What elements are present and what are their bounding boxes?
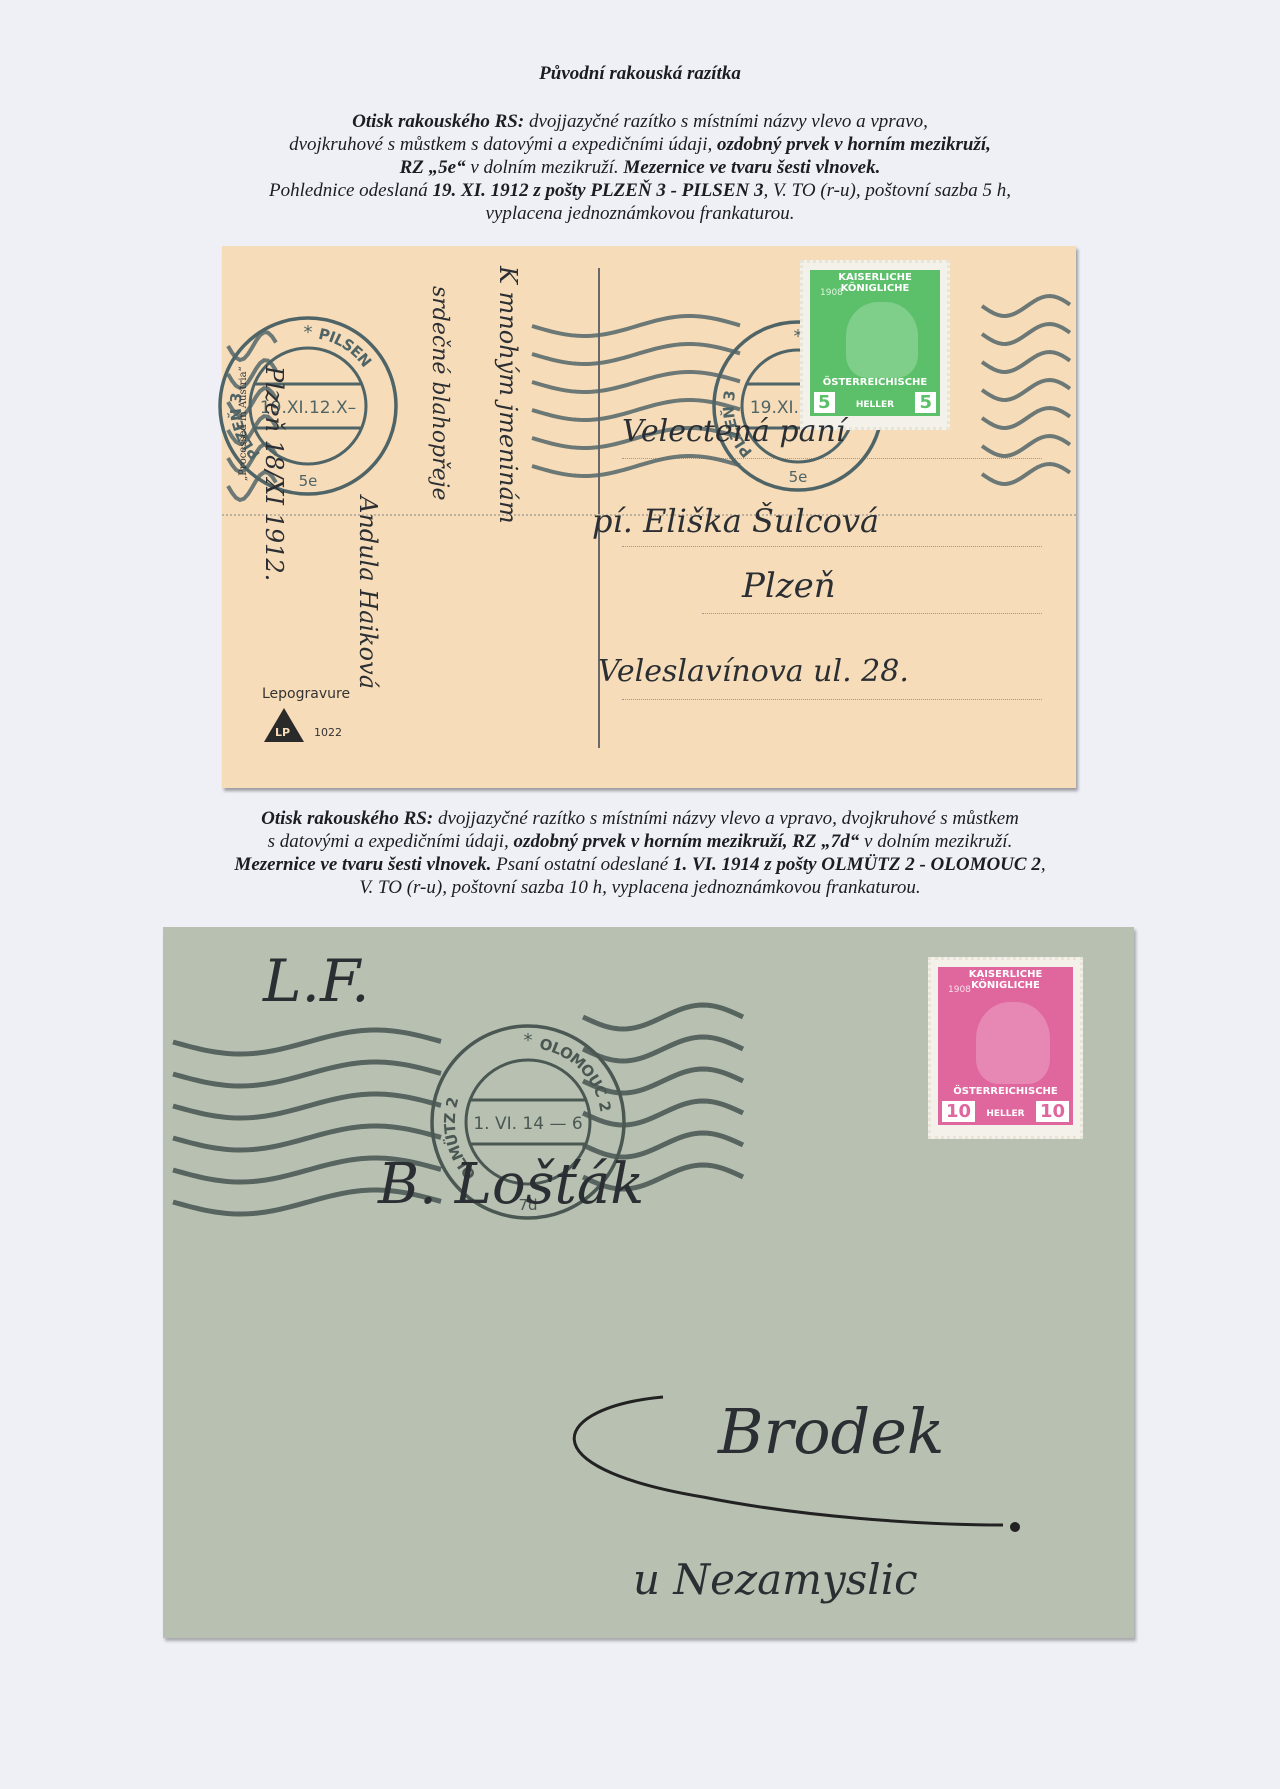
svg-text:5e: 5e [299,472,318,490]
stamp-value-right: 5 [915,392,936,413]
svg-text:*: * [304,322,313,343]
printer-note: „Processed in Austria“ [238,366,249,481]
stamp-5-heller: KAISERLICHE KÖNIGLICHE 1908 ÖSTERREICHIS… [800,260,950,430]
envelope-caption: Otisk rakouského RS: dvojjazyčné razítko… [0,807,1280,899]
address-line: Veleslavínova ul. 28. [598,654,909,689]
caption-line: Mezernice ve tvaru šesti vlnovek. Psaní … [0,853,1280,876]
caption-line: dvojkruhové s můstkem s datovými a exped… [0,133,1280,156]
caption-line: Otisk rakouského RS: dvojjazyčné razítko… [0,807,1280,830]
svg-text:5e: 5e [789,468,808,486]
address-line: Plzeň [742,566,836,606]
stamp-year: 1908 [820,288,843,298]
flourish [163,927,1134,1638]
caption-line: Otisk rakouského RS: dvojjazyčné razítko… [0,110,1280,133]
address-line: pí. Eliška Šulcová [592,502,879,540]
stamp-face: KAISERLICHE KÖNIGLICHE 1908 ÖSTERREICHIS… [810,270,940,416]
message-line: srdečné blahopřeje [427,286,452,501]
postcard-caption: Otisk rakouského RS: dvojjazyčné razítko… [0,110,1280,225]
publisher-name: Lepogravure [262,686,350,702]
caption-line: Pohlednice odeslaná 19. XI. 1912 z pošty… [0,179,1280,202]
address-line: Velectená paní [622,414,845,449]
caption-line: V. TO (r-u), poštovní sazba 10 h, vyplac… [0,876,1280,899]
portrait-icon [846,302,918,378]
message-line: K mnohým jmeninám [494,266,522,524]
postcard: 19.XI.12.X–5e*PLZEŇ 3PILSEN19.XI.12.X–5e… [222,246,1076,788]
caption-line: vyplacena jednoznámkovou frankaturou. [0,202,1280,225]
page-title: Původní rakouská razítka [0,62,1280,85]
stamp-bottom-text: ÖSTERREICHISCHE [810,377,940,388]
card-number: 1022 [314,726,342,739]
caption-line: s datovými a expedičními údaji, ozdobný … [0,830,1280,853]
envelope: 1. VI. 14 — 67d*OLMÜTZ 2OLOMOUC 2 KAISER… [163,927,1134,1638]
address-line: u Nezamyslic [633,1555,918,1604]
message-line: Plzeň 18/XI 1912. [260,366,288,581]
message-line: Andula Haiková [354,496,382,689]
caption-line: RZ „5e“ v dolním mezikruží. Mezernice ve… [0,156,1280,179]
